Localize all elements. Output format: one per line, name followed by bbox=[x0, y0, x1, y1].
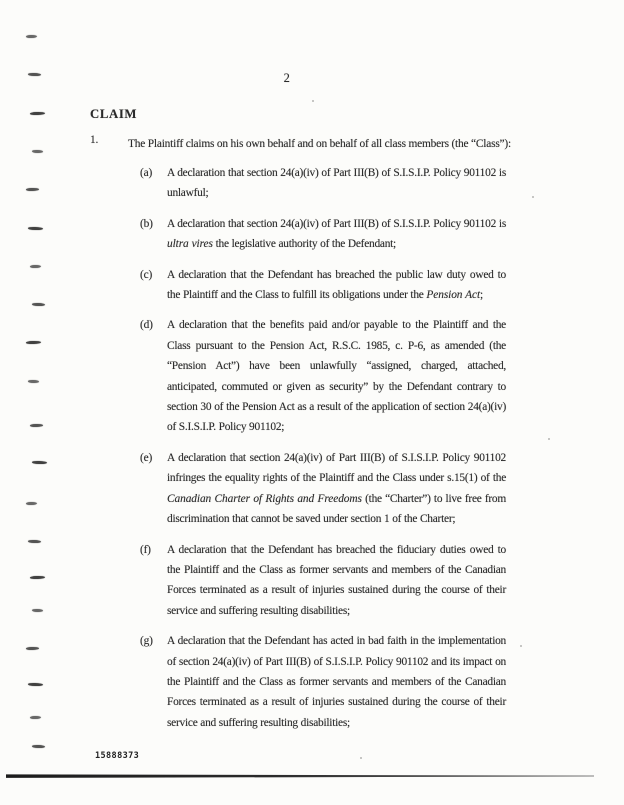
clause-text: A declaration that section 24(a)(iv) of … bbox=[167, 163, 506, 204]
scan-edge-mark bbox=[28, 380, 39, 383]
scan-edge-mark bbox=[26, 502, 37, 505]
clause-text: A declaration that section 24(a)(iv) of … bbox=[167, 214, 506, 255]
scan-edge-mark bbox=[26, 35, 37, 38]
claim-item-number: 1. bbox=[90, 134, 128, 154]
scan-bottom-edge-line bbox=[6, 774, 594, 778]
scan-speck bbox=[360, 757, 362, 759]
claim-heading: CLAIM bbox=[90, 107, 137, 122]
clause-list: (a)A declaration that section 24(a)(iv) … bbox=[140, 163, 510, 743]
document-stamp-number: 15888373 bbox=[95, 751, 139, 761]
clause: (c)A declaration that the Defendant has … bbox=[140, 265, 510, 306]
clause-letter: (c) bbox=[140, 265, 167, 306]
clause-text: A declaration that the Defendant has bre… bbox=[167, 540, 506, 622]
scan-edge-mark bbox=[28, 683, 43, 686]
scan-edge-mark bbox=[30, 716, 41, 719]
scan-edge-mark bbox=[30, 576, 45, 580]
scan-edge-mark bbox=[30, 265, 41, 268]
clause: (a)A declaration that section 24(a)(iv) … bbox=[140, 163, 510, 204]
clause: (f)A declaration that the Defendant has … bbox=[140, 540, 510, 622]
scan-speck bbox=[532, 196, 534, 198]
clause: (e)A declaration that section 24(a)(iv) … bbox=[140, 448, 510, 530]
clause: (b)A declaration that section 24(a)(iv) … bbox=[140, 214, 510, 255]
clause-letter: (e) bbox=[140, 448, 167, 530]
clause-text: A declaration that section 24(a)(iv) of … bbox=[167, 448, 506, 530]
clause-letter: (b) bbox=[140, 214, 167, 255]
scan-edge-mark bbox=[26, 341, 41, 345]
document-page: 2 CLAIM 1. The Plaintiff claims on his o… bbox=[0, 0, 624, 805]
clause-letter: (f) bbox=[140, 540, 167, 622]
claim-intro-text: The Plaintiff claims on his own behalf a… bbox=[128, 134, 568, 154]
scan-edge-mark bbox=[32, 745, 45, 748]
scan-edge-mark bbox=[32, 461, 47, 464]
scan-edge-mark bbox=[32, 609, 43, 612]
clause-text: A declaration that the Defendant has act… bbox=[167, 631, 506, 733]
clause-letter: (a) bbox=[140, 163, 167, 204]
clause-text: A declaration that the benefits paid and… bbox=[167, 315, 506, 437]
claim-item-1: 1. The Plaintiff claims on his own behal… bbox=[90, 134, 568, 154]
clause: (g)A declaration that the Defendant has … bbox=[140, 631, 510, 733]
scan-speck bbox=[548, 438, 550, 440]
scan-edge-mark bbox=[28, 540, 41, 543]
scan-edge-mark bbox=[26, 647, 39, 650]
clause-text: A declaration that the Defendant has bre… bbox=[167, 265, 506, 306]
scan-edge-mark bbox=[28, 73, 41, 76]
clause: (d)A declaration that the benefits paid … bbox=[140, 315, 510, 437]
scan-edge-mark bbox=[30, 112, 45, 116]
clause-letter: (g) bbox=[140, 631, 167, 733]
scan-edge-mark bbox=[32, 150, 43, 153]
clause-letter: (d) bbox=[140, 315, 167, 437]
scan-edge-mark bbox=[28, 227, 43, 230]
scan-speck bbox=[312, 100, 314, 102]
scan-speck bbox=[520, 645, 522, 647]
page-number: 2 bbox=[272, 71, 302, 86]
scan-edge-mark bbox=[26, 188, 39, 191]
scan-edge-mark bbox=[30, 424, 43, 427]
scan-edge-mark bbox=[32, 303, 45, 306]
